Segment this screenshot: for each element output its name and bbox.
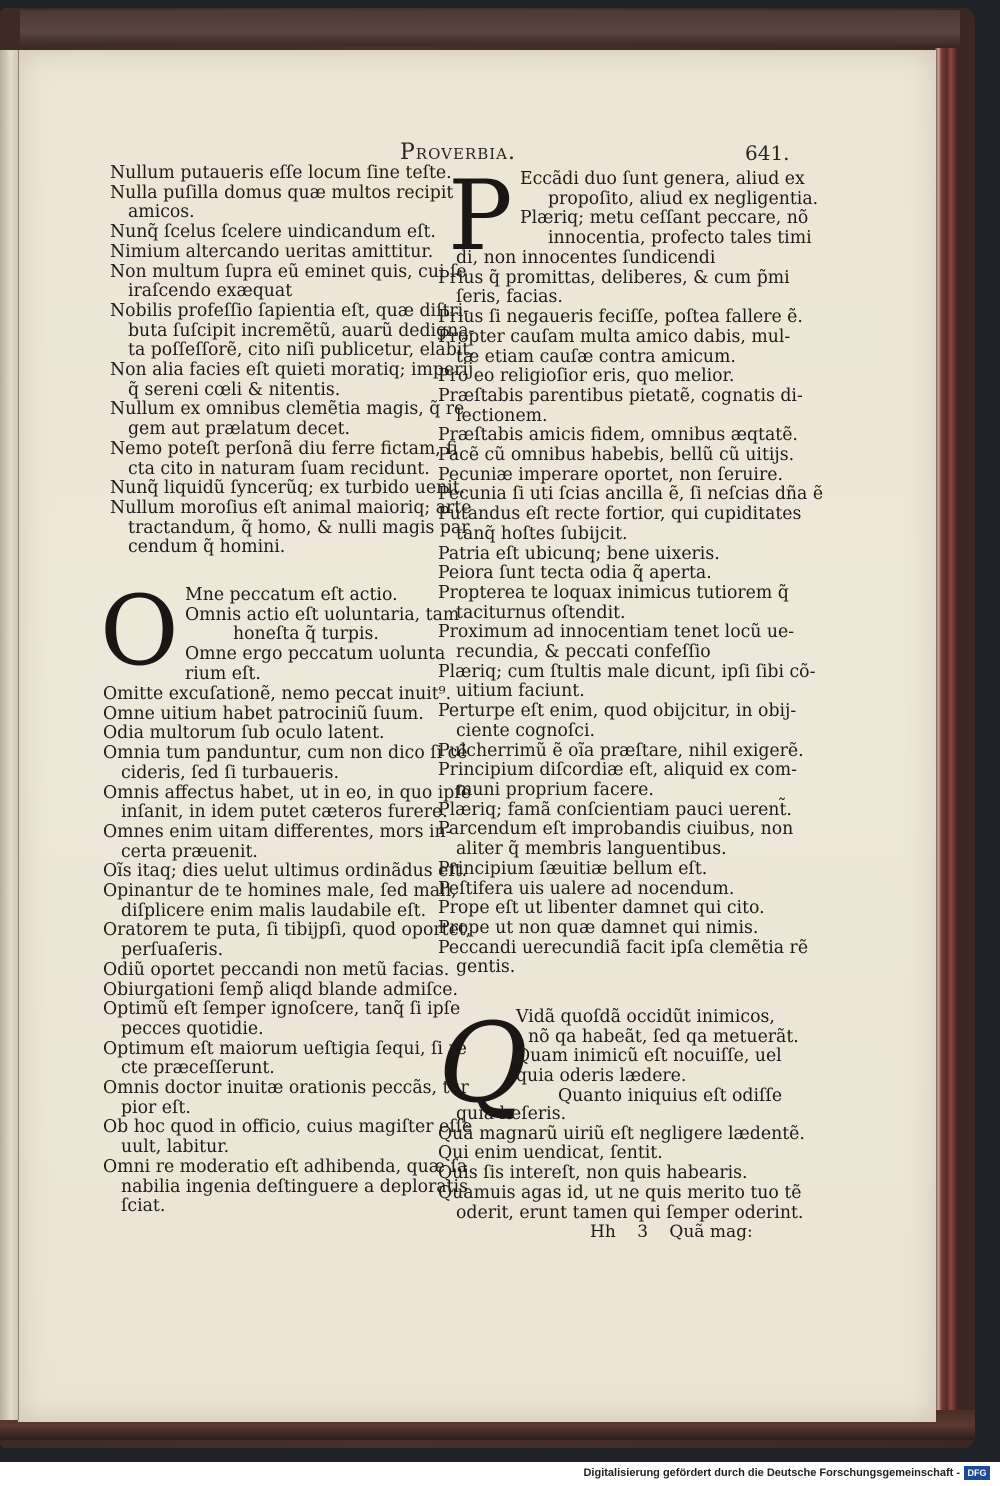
text-line: taciturnus oſtendit.	[438, 604, 783, 624]
text-line: propoſito, aliud ex negligentia.	[520, 190, 790, 210]
text-line: Opinantur de te homines male, ſed mali,	[103, 882, 443, 902]
text-line: Pro eo religioſior eris, quo melior.	[438, 367, 783, 387]
left-block-2: Omitte excuſationẽ, nemo peccat inuit⁹.O…	[103, 685, 443, 1217]
text-line: ſeris, facias.	[438, 288, 783, 308]
right-block-2: quia læſeris.Quã magnarũ uiriũ eſt negli…	[438, 1105, 783, 1223]
text-line: Ob hoc quod in officio, cuius magiſter e…	[103, 1118, 443, 1138]
text-line: Peiora ſunt tecta odia q̃ aperta.	[438, 564, 783, 584]
text-line: buta ſuſcipit incremẽtũ, auarũ dedigna-	[110, 322, 475, 342]
text-line: Omnes enim uitam differentes, mors in-	[103, 823, 443, 843]
text-line: recundia, & peccati confeſſio	[438, 643, 783, 663]
text-line: Putandus eſt recte fortior, qui cupidita…	[438, 505, 783, 525]
text-line: Principium diſcordiæ eſt, aliquid ex com…	[438, 761, 783, 781]
text-line: Qui enim uendicat, ſentit.	[438, 1144, 783, 1164]
initial-q-drop-cap: Q	[438, 1008, 528, 1118]
text-line: Vidã quoſdã occidũt inimicos,	[516, 1008, 786, 1028]
text-line: Nobilis profeſſio ſapientia eſt, quæ diſ…	[110, 302, 475, 322]
text-line: Odia multorum ſub oculo latent.	[103, 724, 443, 744]
text-line: Nemo poteſt perſonã diu ferre fictam, fi	[110, 440, 475, 460]
signature-number: 3	[637, 1222, 648, 1242]
text-line: uitium faciunt.	[438, 682, 783, 702]
text-line: Nunq̃ liquidũ ſyncerũq; ex turbido uenit…	[110, 479, 475, 499]
text-line: Patria eſt ubicunq; bene uixeris.	[438, 545, 783, 565]
text-line: nõ qa habeãt, ſed qa metuerãt.	[516, 1028, 786, 1048]
text-line: Prius ſi negaueris feciſſe, poſtea falle…	[438, 308, 783, 328]
text-line: Principium ſæuitiæ bellum eſt.	[438, 860, 783, 880]
text-line: Oratorem te puta, ſi tibijpſi, quod opor…	[103, 921, 443, 941]
text-line: Nullum moroſius eſt animal maioriq; arte	[110, 499, 475, 519]
text-line: Pacẽ cũ omnibus habebis, bellũ cũ uitijs…	[438, 446, 783, 466]
page-number: 641.	[745, 141, 790, 165]
text-line: Propterea te loquax inimicus tutiorem q̃	[438, 584, 783, 604]
text-line: lectionem.	[438, 407, 783, 427]
text-line: Quis ſis intereſt, non quis habearis.	[438, 1164, 783, 1184]
text-line: Peſtifera uis ualere ad nocendum.	[438, 880, 783, 900]
text-line: Omne ergo peccatum uolunta	[185, 645, 445, 665]
text-line: Non multum ſupra eũ eminet quis, cui ſe	[110, 263, 475, 283]
text-line: Optimum eſt maiorum ueſtigia ſequi, ſi r…	[103, 1040, 443, 1060]
text-line: perſuaſeris.	[103, 941, 443, 961]
text-line: q̃ sereni cœli & nitentis.	[110, 381, 475, 401]
signature-mark: Hh	[590, 1222, 616, 1242]
text-line: Plæriq; famã conſcientiam pauci uerent̃.	[438, 801, 783, 821]
text-line: Prope ut non quæ damnet qui nimis.	[438, 919, 783, 939]
catchline: Hh 3 Quã mag:	[590, 1222, 769, 1242]
funding-credit: Digitalisierung gefördert durch die Deut…	[583, 1467, 960, 1479]
text-line: tractandum, q̃ homo, & nulli magis par	[110, 519, 475, 539]
footer-bar: Digitalisierung gefördert durch die Deut…	[0, 1462, 1000, 1486]
text-line: Optimũ eſt ſemper ignoſcere, tanq̃ ſi ip…	[103, 1000, 443, 1020]
text-line: Oĩs itaq; dies uelut ultimus ordinãdus e…	[103, 862, 443, 882]
text-line: quia oderis lædere.	[516, 1067, 786, 1087]
text-line: Nullum putaueris eſſe locum ſine teſte.	[110, 164, 475, 184]
book-scan: Proverbia. 641. Nullum putaueris eſſe lo…	[0, 0, 1000, 1462]
text-line: Omitte excuſationẽ, nemo peccat inuit⁹.	[103, 685, 443, 705]
text-line: cendum q̃ homini.	[110, 538, 475, 558]
text-line: Pecunia ſi uti ſcias ancilla ẽ, ſi neſci…	[438, 485, 783, 505]
text-line: Prius q̃ promittas, deliberes, & cum p̃m…	[438, 269, 783, 289]
text-line: ſciat.	[103, 1197, 443, 1217]
text-line: aliter q̃ membris languentibus.	[438, 840, 783, 860]
text-line: Odiũ oportet peccandi non metũ facias.	[103, 961, 443, 981]
text-line: di, non innocentes ſundicendi	[438, 249, 783, 269]
text-line: certa præuenit.	[103, 843, 443, 863]
text-line: Quã magnarũ uiriũ eſt negligere lædentẽ.	[438, 1125, 783, 1145]
text-line: cte præceſſerunt.	[103, 1059, 443, 1079]
text-line: Nimium altercando ueritas amittitur.	[110, 243, 475, 263]
text-line: Omnis affectus habet, ut in eo, in quo i…	[103, 784, 443, 804]
text-line: Prope eſt ut libenter damnet qui cito.	[438, 899, 783, 919]
facing-page-edge	[0, 50, 19, 1420]
text-line: Propter cauſam multa amico dabis, mul-	[438, 328, 783, 348]
text-line: honeſta q̃ turpis.	[185, 625, 445, 645]
right-initial-lines-q: Vidã quoſdã occidũt inimicos,nõ qa habeã…	[516, 1008, 786, 1107]
text-line: Omnia tum panduntur, cum non dico ſi cẽ	[103, 744, 443, 764]
text-line: uult, labitur.	[103, 1138, 443, 1158]
cover-top-edge	[20, 10, 960, 46]
text-line: cta cito in naturam ſuam recidunt.	[110, 460, 475, 480]
text-line: Peccandi uerecundiã facit ipſa clemẽtia …	[438, 939, 783, 959]
text-line: quia læſeris.	[438, 1105, 783, 1125]
text-line: ta poſſeſſorẽ, cito niſi publicetur, ela…	[110, 341, 475, 361]
text-line: pecces quotidie.	[103, 1020, 443, 1040]
text-line: Parcendum eſt improbandis ciuibus, non	[438, 820, 783, 840]
text-line: ciente cognoſci.	[438, 722, 783, 742]
left-initial-lines: Mne peccatum eſt actio.Omnis actio eſt u…	[185, 586, 445, 685]
text-line: Præſtabis amicis fidem, omnibus æqtatẽ.	[438, 426, 783, 446]
text-line: Omni re moderatio eſt adhibenda, quæ ſa	[103, 1158, 443, 1178]
cover-right-edge	[935, 48, 957, 1428]
dfg-logo[interactable]: DFG	[964, 1466, 990, 1480]
text-line: Quam inimicũ eſt nocuiſſe, uel	[516, 1047, 786, 1067]
text-line: diſplicere enim malis laudabile eſt.	[103, 902, 443, 922]
text-line: Nunq̃ ſcelus ſcelere uindicandum eſt.	[110, 223, 475, 243]
initial-o-drop-cap: O	[100, 583, 179, 679]
text-line: nabilia ingenia deſtinguere a deploratis	[103, 1178, 443, 1198]
text-line: rium eſt.	[185, 665, 445, 685]
catchword: Quã mag:	[669, 1222, 752, 1242]
text-line: pior eſt.	[103, 1099, 443, 1119]
text-line: Non alia facies eſt quieti moratiq; impe…	[110, 361, 475, 381]
text-line: Eccãdi duo ſunt genera, aliud ex	[520, 170, 790, 190]
text-line: Quamuis agas id, ut ne quis merito tuo t…	[438, 1184, 783, 1204]
text-line: Præſtabis parentibus pietatẽ, cognatis d…	[438, 387, 783, 407]
text-line: Pecuniæ imperare oportet, non ſeruire.	[438, 466, 783, 486]
text-line: gem aut prælatum decet.	[110, 420, 475, 440]
text-line: Nulla puſilla domus quæ multos recipit	[110, 184, 475, 204]
text-line: Nullum ex omnibus clemẽtia magis, q̃ re	[110, 400, 475, 420]
text-line: Plæriq; cum ſtultis male dicunt, ipſi ſi…	[438, 663, 783, 683]
text-line: Perturpe eſt enim, quod obijcitur, in ob…	[438, 702, 783, 722]
text-line: amicos.	[110, 203, 475, 223]
left-block-1: Nullum putaueris eſſe locum ſine teſte.N…	[110, 164, 475, 558]
text-line: iraſcendo exæquat	[110, 282, 475, 302]
text-line: Obiurgationi ſemp̃ aliqd blande admiſce.	[103, 981, 443, 1001]
text-line: Omne uitium habet patrociniũ ſuum.	[103, 705, 443, 725]
text-line: Omnis doctor inuitæ orationis peccãs, tu…	[103, 1079, 443, 1099]
text-line: Omnis actio eſt uoluntaria, tam	[185, 606, 445, 626]
right-initial-lines: Eccãdi duo ſunt genera, aliud expropoſit…	[520, 170, 790, 249]
text-line: muni proprium facere.	[438, 781, 783, 801]
text-line: Pulcherrimũ ẽ oĩa præſtare, nihil exiger…	[438, 742, 783, 762]
text-line: tæ etiam cauſæ contra amicum.	[438, 348, 783, 368]
text-line: Proximum ad innocentiam tenet locũ ue-	[438, 623, 783, 643]
text-line: oderit, erunt tamen qui ſemper oderint.	[438, 1204, 783, 1224]
text-line: Mne peccatum eſt actio.	[185, 586, 445, 606]
text-line: cideris, ſed ſi turbaueris.	[103, 764, 443, 784]
text-line: Plæriq; metu ceſſant peccare, nõ	[520, 209, 790, 229]
text-line: tanq̃ hoſtes ſubijcit.	[438, 525, 783, 545]
text-line: gentis.	[438, 958, 783, 978]
text-line: inſanit, in idem putet cæteros furere.	[103, 803, 443, 823]
text-line: innocentia, profecto tales timi	[520, 229, 790, 249]
right-block-1: di, non innocentes ſundicendiPrius q̃ pr…	[438, 249, 783, 978]
